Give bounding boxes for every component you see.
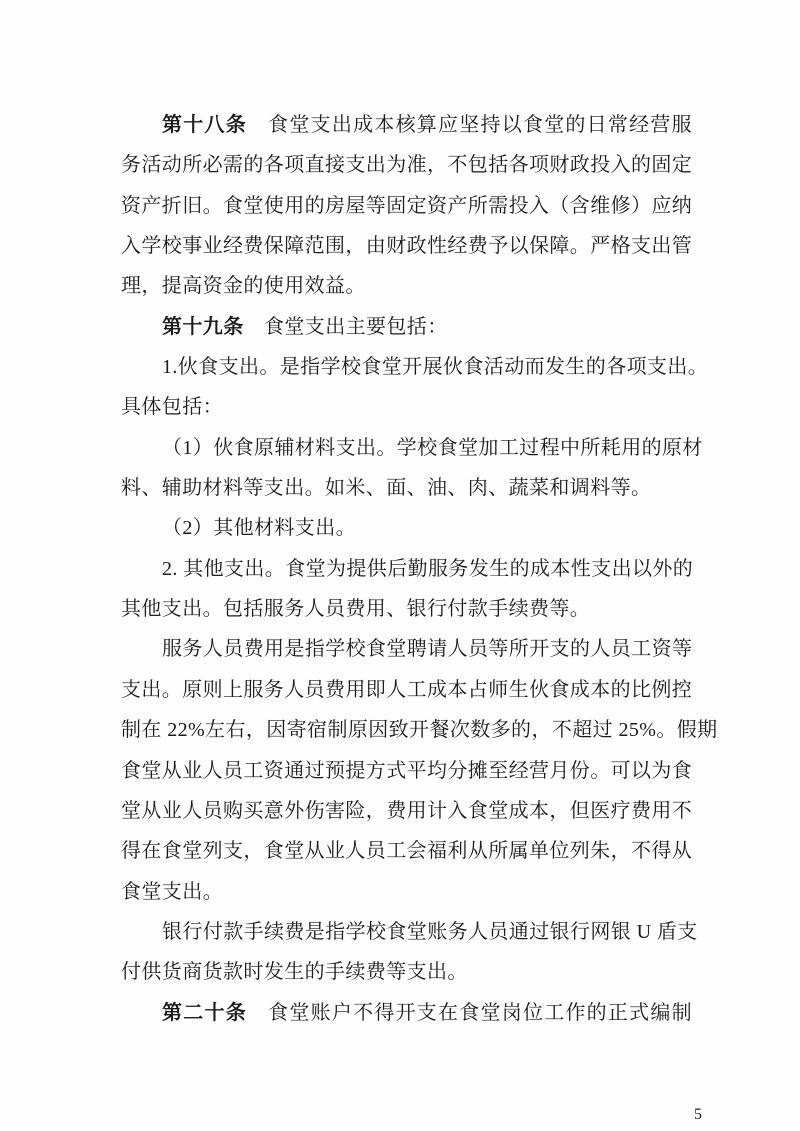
line-text: 食堂支出成本核算应坚持以食堂的日常经营服	[247, 114, 692, 136]
line-text: 付供货商货款时发生的手续费等支出。	[121, 961, 468, 983]
line-text: 理，提高资金的使用效益。	[121, 275, 366, 297]
line-text: 料、辅助材料等支出。如米、面、油、肉、蔬菜和调料等。	[121, 477, 651, 499]
document-page: 第十八条 食堂支出成本核算应坚持以食堂的日常经营服 务活动所必需的各项直接支出为…	[0, 0, 800, 1131]
line-text: 银行付款手续费是指学校食堂账务人员通过银行网银 U 盾支	[162, 921, 698, 943]
text-line: 付供货商货款时发生的手续费等支出。	[121, 952, 692, 992]
text-line: 支出。原则上服务人员费用即人工成本占师生伙食成本的比例控	[121, 670, 692, 710]
article-heading: 第二十条	[162, 1002, 247, 1024]
article-heading: 第十九条	[162, 316, 244, 338]
text-line: 得在食堂列支，食堂从业人员工会福利从所属单位列朱，不得从	[121, 831, 692, 871]
line-text: （1）伙食原辅材料支出。学校食堂加工过程中所耗用的原材	[162, 437, 703, 459]
line-text: 1.伙食支出。是指学校食堂开展伙食活动而发生的各项支出。	[162, 356, 708, 378]
text-block: 第十八条 食堂支出成本核算应坚持以食堂的日常经营服 务活动所必需的各项直接支出为…	[121, 105, 692, 1033]
text-line: 服务人员费用是指学校食堂聘请人员等所开支的人员工资等	[121, 629, 692, 669]
text-line: 第十九条 食堂支出主要包括：	[121, 307, 692, 347]
line-text: 支出。原则上服务人员费用即人工成本占师生伙食成本的比例控	[121, 679, 692, 701]
text-line: 料、辅助材料等支出。如米、面、油、肉、蔬菜和调料等。	[121, 468, 692, 508]
text-line: 具体包括：	[121, 387, 692, 427]
text-line: （1）伙食原辅材料支出。学校食堂加工过程中所耗用的原材	[121, 428, 692, 468]
line-text: 资产折旧。食堂使用的房屋等固定资产所需投入（含维修）应纳	[121, 195, 692, 217]
text-line: 第二十条 食堂账户不得开支在食堂岗位工作的正式编制	[121, 993, 692, 1033]
line-text: 制在 22%左右，因寄宿制原因致开餐次数多的，不超过 25%。假期	[121, 719, 718, 741]
text-line: 理，提高资金的使用效益。	[121, 266, 692, 306]
article-heading: 第十八条	[162, 114, 247, 136]
line-text: 其他支出。包括服务人员费用、银行付款手续费等。	[121, 598, 590, 620]
line-text: 堂从业人员购买意外伤害险，费用计入食堂成本，但医疗费用不	[121, 800, 692, 822]
line-text: 食堂从业人员工资通过预提方式平均分摊至经营月份。可以为食	[121, 760, 692, 782]
text-line: 资产折旧。食堂使用的房屋等固定资产所需投入（含维修）应纳	[121, 186, 692, 226]
line-text: 服务人员费用是指学校食堂聘请人员等所开支的人员工资等	[162, 638, 692, 660]
page-number: 5	[686, 1103, 710, 1127]
line-text: 2. 其他支出。食堂为提供后勤服务发生的成本性支出以外的	[162, 558, 693, 580]
text-line: 食堂从业人员工资通过预提方式平均分摊至经营月份。可以为食	[121, 751, 692, 791]
text-line: 入学校事业经费保障范围，由财政性经费予以保障。严格支出管	[121, 226, 692, 266]
line-text: 食堂账户不得开支在食堂岗位工作的正式编制	[247, 1002, 692, 1024]
text-line: 食堂支出。	[121, 872, 692, 912]
line-text: 得在食堂列支，食堂从业人员工会福利从所属单位列朱，不得从	[121, 840, 692, 862]
line-text: 具体包括：	[121, 396, 223, 418]
text-line: 银行付款手续费是指学校食堂账务人员通过银行网银 U 盾支	[121, 912, 692, 952]
text-line: 第十八条 食堂支出成本核算应坚持以食堂的日常经营服	[121, 105, 692, 145]
line-text: 食堂支出。	[121, 881, 223, 903]
text-line: 1.伙食支出。是指学校食堂开展伙食活动而发生的各项支出。	[121, 347, 692, 387]
text-line: 制在 22%左右，因寄宿制原因致开餐次数多的，不超过 25%。假期	[121, 710, 692, 750]
text-line: （2）其他材料支出。	[121, 508, 692, 548]
line-text: 食堂支出主要包括：	[244, 316, 448, 338]
line-text: 入学校事业经费保障范围，由财政性经费予以保障。严格支出管	[121, 235, 692, 257]
line-text: 务活动所必需的各项直接支出为准，不包括各项财政投入的固定	[121, 154, 692, 176]
text-line: 其他支出。包括服务人员费用、银行付款手续费等。	[121, 589, 692, 629]
line-text: （2）其他材料支出。	[162, 517, 356, 539]
text-line: 堂从业人员购买意外伤害险，费用计入食堂成本，但医疗费用不	[121, 791, 692, 831]
text-line: 2. 其他支出。食堂为提供后勤服务发生的成本性支出以外的	[121, 549, 692, 589]
text-line: 务活动所必需的各项直接支出为准，不包括各项财政投入的固定	[121, 145, 692, 185]
